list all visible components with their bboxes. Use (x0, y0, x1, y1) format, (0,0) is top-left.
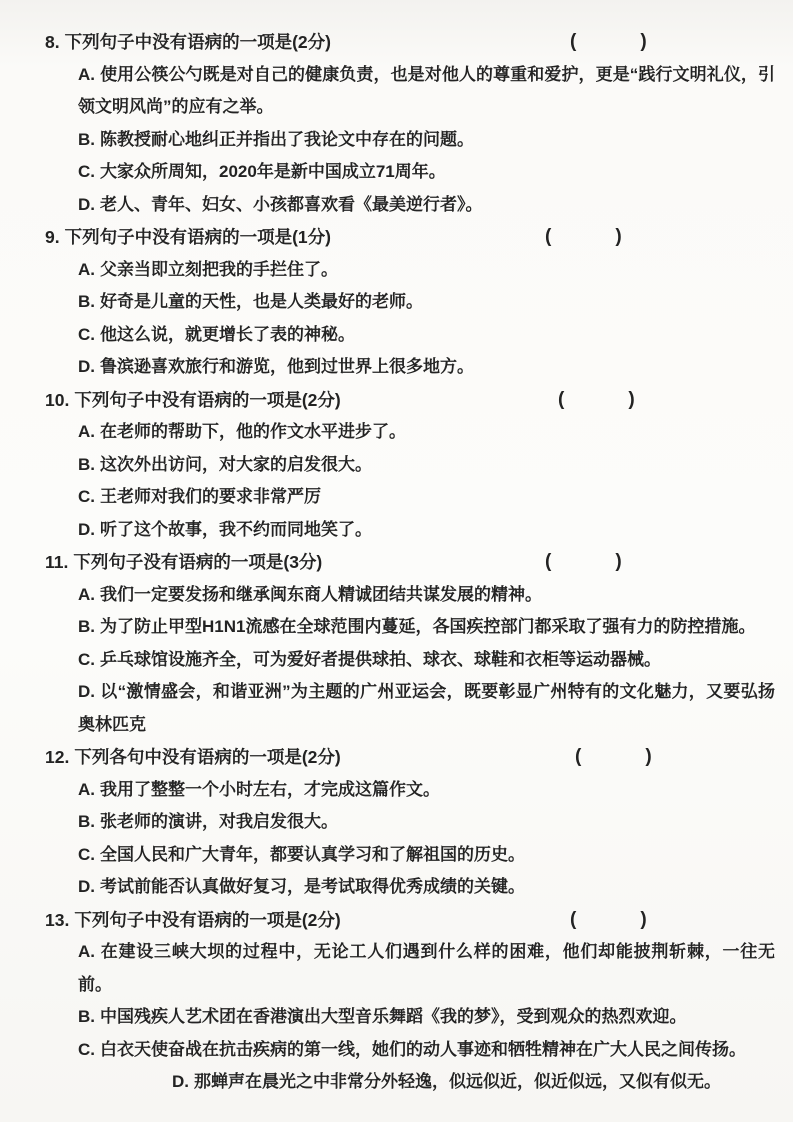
close-paren: ) (645, 746, 651, 767)
question-8: 8.下列句子中没有语病的一项是(2分) () A.使用公筷公勺既是对自己的健康负… (45, 26, 775, 221)
question-12: 12.下列各句中没有语病的一项是(2分) () A.我用了整整一个小时左右，才完… (45, 741, 775, 904)
question-9-option-c: C.他这么说，就更增长了表的神秘。 (78, 319, 775, 352)
question-11-option-c: C.乒乓球馆设施齐全，可为爱好者提供球拍、球衣、球鞋和衣柜等运动器械。 (78, 644, 775, 677)
question-8-option-b: B.陈教授耐心地纠正并指出了我论文中存在的问题。 (78, 124, 775, 157)
question-number: 9. (45, 227, 60, 247)
question-13-option-d: D.那蝉声在晨光之中非常分外轻逸，似远似近，似近似远，又似有似无。 (172, 1066, 775, 1099)
close-paren: ) (615, 551, 621, 572)
option-text: 我们一定要发扬和继承闽东商人精诚团结共谋发展的精神。 (100, 585, 542, 604)
open-paren: ( (545, 226, 551, 247)
option-text: 张老师的演讲，对我启发很大。 (100, 812, 338, 831)
question-8-option-c: C.大家众所周知，2020年是新中国成立71周年。 (78, 156, 775, 189)
question-10-option-b: B.这次外出访问，对大家的启发很大。 (78, 449, 775, 482)
open-paren: ( (558, 389, 564, 410)
question-8-option-a: A.使用公筷公勺既是对自己的健康负责，也是对他人的尊重和爱护，更是“践行文明礼仪… (78, 59, 775, 124)
close-paren: ) (640, 31, 646, 52)
answer-blank-brackets: () (545, 221, 622, 254)
option-label: C. (78, 845, 95, 864)
option-label: A. (78, 585, 95, 604)
option-label: B. (78, 812, 95, 831)
close-paren: ) (628, 389, 634, 410)
question-10: 10.下列句子中没有语病的一项是(2分) () A.在老师的帮助下，他的作文水平… (45, 384, 775, 547)
question-8-header: 8.下列句子中没有语病的一项是(2分) () (45, 26, 775, 59)
option-text: 在老师的帮助下，他的作文水平进步了。 (100, 422, 406, 441)
option-text: 以“激情盛会，和谐亚洲”为主题的广州亚运会，既要彰显广州特有的文化魅力，又要弘扬… (78, 682, 775, 734)
question-13-header: 13.下列句子中没有语病的一项是(2分) () (45, 904, 775, 937)
option-text: 听了这个故事，我不约而同地笑了。 (100, 520, 372, 539)
option-label: C. (78, 162, 95, 181)
option-text: 乒乓球馆设施齐全，可为爱好者提供球拍、球衣、球鞋和衣柜等运动器械。 (100, 650, 661, 669)
question-11-option-d: D.以“激情盛会，和谐亚洲”为主题的广州亚运会，既要彰显广州特有的文化魅力，又要… (78, 676, 775, 741)
question-11: 11.下列句子没有语病的一项是(3分) () A.我们一定要发扬和继承闽东商人精… (45, 546, 775, 741)
option-label: C. (78, 487, 95, 506)
option-text: 使用公筷公勺既是对自己的健康负责，也是对他人的尊重和爱护，更是“践行文明礼仪，引… (78, 65, 775, 117)
question-number: 10. (45, 390, 69, 410)
option-label: B. (78, 1007, 95, 1026)
question-title: 下列句子中没有语病的一项是(2分) (74, 390, 340, 410)
answer-blank-brackets: () (570, 26, 647, 59)
question-10-header: 10.下列句子中没有语病的一项是(2分) () (45, 384, 775, 417)
option-label: D. (78, 520, 95, 539)
question-number: 8. (45, 32, 60, 52)
question-12-option-b: B.张老师的演讲，对我启发很大。 (78, 806, 775, 839)
question-12-option-a: A.我用了整整一个小时左右，才完成这篇作文。 (78, 774, 775, 807)
option-text: 大家众所周知，2020年是新中国成立71周年。 (100, 162, 446, 181)
option-label: B. (78, 617, 95, 636)
option-text: 考试前能否认真做好复习，是考试取得优秀成绩的关键。 (100, 877, 525, 896)
option-label: C. (78, 650, 95, 669)
question-11-header: 11.下列句子没有语病的一项是(3分) () (45, 546, 775, 579)
answer-blank-brackets: () (558, 384, 635, 417)
question-title: 下列句子中没有语病的一项是(1分) (65, 227, 331, 247)
option-text: 他这么说，就更增长了表的神秘。 (100, 325, 355, 344)
option-label: D. (78, 195, 95, 214)
close-paren: ) (640, 909, 646, 930)
question-10-option-c: C.王老师对我们的要求非常严厉 (78, 481, 775, 514)
option-label: A. (78, 942, 95, 961)
option-text: 那蝉声在晨光之中非常分外轻逸，似远似近，似近似远，又似有似无。 (194, 1072, 721, 1091)
question-13: 13.下列句子中没有语病的一项是(2分) () A.在建设三峡大坝的过程中，无论… (45, 904, 775, 1099)
option-label: A. (78, 260, 95, 279)
question-10-option-d: D.听了这个故事，我不约而同地笑了。 (78, 514, 775, 547)
scanned-test-page: 8.下列句子中没有语病的一项是(2分) () A.使用公筷公勺既是对自己的健康负… (0, 0, 793, 1122)
answer-blank-brackets: () (575, 741, 652, 774)
option-label: D. (78, 357, 95, 376)
open-paren: ( (575, 746, 581, 767)
question-title: 下列各句中没有语病的一项是(2分) (74, 747, 340, 767)
question-number: 12. (45, 747, 69, 767)
question-title: 下列句子没有语病的一项是(3分) (73, 552, 322, 572)
question-9-header: 9.下列句子中没有语病的一项是(1分) () (45, 221, 775, 254)
question-13-option-c: C.白衣天使奋战在抗击疾病的第一线，她们的动人事迹和牺牲精神在广大人民之间传扬。 (78, 1034, 775, 1067)
option-label: D. (78, 877, 95, 896)
option-label: A. (78, 422, 95, 441)
option-text: 王老师对我们的要求非常严厉 (100, 487, 321, 506)
option-text: 白衣天使奋战在抗击疾病的第一线，她们的动人事迹和牺牲精神在广大人民之间传扬。 (100, 1040, 746, 1059)
option-label: A. (78, 780, 95, 799)
option-label: D. (78, 682, 95, 701)
question-number: 11. (45, 552, 68, 572)
option-text: 老人、青年、妇女、小孩都喜欢看《最美逆行者》。 (100, 195, 483, 214)
option-label: B. (78, 130, 95, 149)
question-13-option-b: B.中国残疾人艺术团在香港演出大型音乐舞蹈《我的梦》，受到观众的热烈欢迎。 (78, 1001, 775, 1034)
question-9-option-b: B.好奇是儿童的天性，也是人类最好的老师。 (78, 286, 775, 319)
question-9-option-d: D.鲁滨逊喜欢旅行和游览，他到过世界上很多地方。 (78, 351, 775, 384)
open-paren: ( (570, 909, 576, 930)
option-label: B. (78, 292, 95, 311)
option-text: 在建设三峡大坝的过程中，无论工人们遇到什么样的困难，他们却能披荆斩棘，一往无前。 (78, 942, 775, 994)
question-number: 13. (45, 910, 69, 930)
option-label: C. (78, 325, 95, 344)
question-11-option-a: A.我们一定要发扬和继承闽东商人精诚团结共谋发展的精神。 (78, 579, 775, 612)
question-12-option-d: D.考试前能否认真做好复习，是考试取得优秀成绩的关键。 (78, 871, 775, 904)
open-paren: ( (570, 31, 576, 52)
open-paren: ( (545, 551, 551, 572)
option-text: 鲁滨逊喜欢旅行和游览，他到过世界上很多地方。 (100, 357, 474, 376)
answer-blank-brackets: () (570, 904, 647, 937)
answer-blank-brackets: () (545, 546, 622, 579)
question-12-header: 12.下列各句中没有语病的一项是(2分) () (45, 741, 775, 774)
option-label: A. (78, 65, 95, 84)
question-9: 9.下列句子中没有语病的一项是(1分) () A.父亲当即立刻把我的手拦住了。 … (45, 221, 775, 384)
question-title: 下列句子中没有语病的一项是(2分) (65, 32, 331, 52)
option-label: D. (172, 1072, 189, 1091)
option-text: 陈教授耐心地纠正并指出了我论文中存在的问题。 (100, 130, 474, 149)
option-label: C. (78, 1040, 95, 1059)
option-text: 父亲当即立刻把我的手拦住了。 (100, 260, 338, 279)
question-10-option-a: A.在老师的帮助下，他的作文水平进步了。 (78, 416, 775, 449)
question-13-option-a: A.在建设三峡大坝的过程中，无论工人们遇到什么样的困难，他们却能披荆斩棘，一往无… (78, 936, 775, 1001)
question-9-option-a: A.父亲当即立刻把我的手拦住了。 (78, 254, 775, 287)
option-text: 这次外出访问，对大家的启发很大。 (100, 455, 372, 474)
option-text: 全国人民和广大青年，都要认真学习和了解祖国的历史。 (100, 845, 525, 864)
option-text: 中国残疾人艺术团在香港演出大型音乐舞蹈《我的梦》，受到观众的热烈欢迎。 (100, 1007, 687, 1026)
question-8-option-d: D.老人、青年、妇女、小孩都喜欢看《最美逆行者》。 (78, 189, 775, 222)
question-title: 下列句子中没有语病的一项是(2分) (74, 910, 340, 930)
question-11-option-b: B.为了防止甲型H1N1流感在全球范围内蔓延，各国疾控部门都采取了强有力的防控措… (78, 611, 775, 644)
option-text: 我用了整整一个小时左右，才完成这篇作文。 (100, 780, 440, 799)
close-paren: ) (615, 226, 621, 247)
option-label: B. (78, 455, 95, 474)
question-12-option-c: C.全国人民和广大青年，都要认真学习和了解祖国的历史。 (78, 839, 775, 872)
option-text: 好奇是儿童的天性，也是人类最好的老师。 (100, 292, 423, 311)
option-text: 为了防止甲型H1N1流感在全球范围内蔓延，各国疾控部门都采取了强有力的防控措施。 (100, 617, 755, 636)
